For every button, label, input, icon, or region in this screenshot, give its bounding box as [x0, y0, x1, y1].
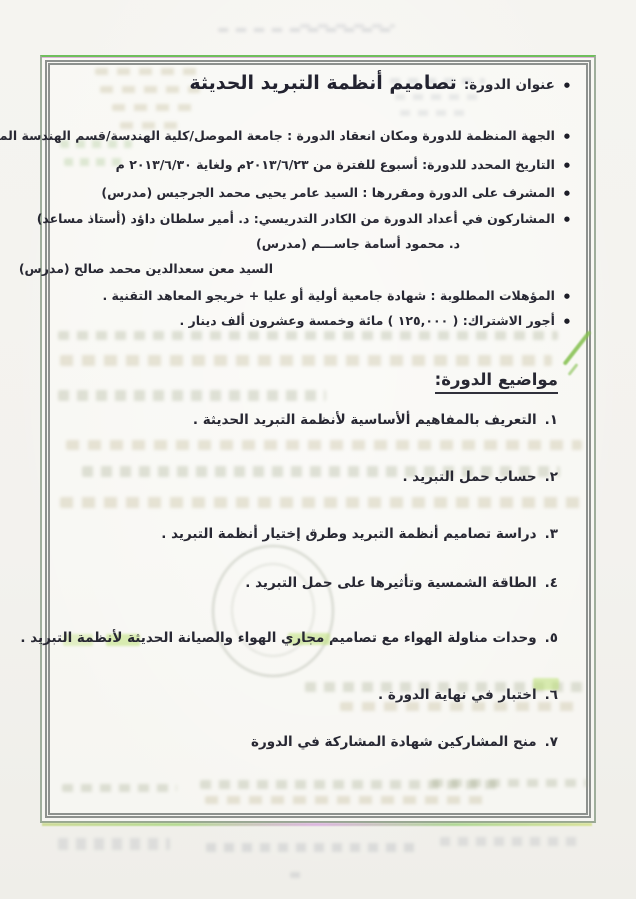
bleedthrough-smudge	[340, 702, 580, 711]
qualifications-text: المؤهلات المطلوبة : شهادة جامعية أولية أ…	[102, 288, 554, 303]
topic-item-1: ١.التعريف بالمفاهيم ألأساسية لأنظمة التب…	[193, 412, 558, 428]
topic-number: ٤.	[545, 575, 558, 591]
bleedthrough-smudge	[62, 784, 177, 792]
instructors-text: المشاركون في أعداد الدورة من الكادر التد…	[37, 211, 555, 226]
organizer-text: الجهة المنظمة للدورة ومكان انعقاد الدورة…	[0, 128, 555, 143]
topic-text: الطاقة الشمسية وتأثيرها على حمل التبريد …	[245, 575, 536, 591]
instructor-name: د. محمود أسامة جاســـم (مدرس)	[256, 236, 460, 251]
bullet-icon: ●	[564, 161, 570, 169]
topic-item-7: ٧.منح المشاركين شهادة المشاركة في الدورة	[251, 734, 558, 750]
instructor-continuation-1: د. محمود أسامة جاســـم (مدرس)	[256, 236, 460, 251]
instructor-name: السيد معن سعدالدين محمد صالح (مدرس)	[19, 261, 273, 276]
bleedthrough-smudge	[290, 872, 308, 878]
bullet-icon: ●	[564, 81, 570, 89]
topic-number: ٥.	[545, 630, 558, 646]
bleedthrough-smudge	[432, 779, 587, 787]
course-title-label: عنوان الدورة:	[464, 77, 555, 93]
topic-text: منح المشاركين شهادة المشاركة في الدورة	[251, 734, 537, 750]
bullet-icon: ●	[564, 292, 570, 300]
scan-artifact-line	[42, 57, 594, 58]
fees-text: أجور الاشتراك: ( ١٢٥,٠٠٠ ) مائة وخمسة وع…	[179, 313, 554, 328]
bleedthrough-smudge	[58, 838, 170, 850]
date-line: ●التاريخ المحدد للدورة: أسبوع للفترة من …	[116, 157, 570, 172]
topics-heading-text: مواضيع الدورة:	[435, 370, 558, 394]
bleedthrough-smudge	[60, 355, 552, 366]
qualifications-line: ●المؤهلات المطلوبة : شهادة جامعية أولية …	[102, 288, 570, 303]
bullet-icon: ●	[564, 132, 570, 140]
topic-item-6: ٦.اختبار في نهاية الدورة .	[378, 687, 558, 703]
bullet-icon: ●	[564, 215, 570, 223]
organizer-line: ●الجهة المنظمة للدورة ومكان انعقاد الدور…	[0, 128, 570, 143]
topic-item-2: ٢.حساب حمل التبريد .	[402, 469, 558, 485]
scan-artifact-line	[42, 823, 592, 826]
scanned-course-announcement-page: { "colors": { "frame_green": "#6fbe5c", …	[0, 0, 636, 899]
course-title-line: ●عنوان الدورة:تصاميم أنظمة التبريد الحدي…	[189, 72, 570, 94]
bullet-icon: ●	[564, 189, 570, 197]
topic-number: ٢.	[545, 469, 558, 485]
topic-text: وحدات مناولة الهواء مع تصاميم مجاري الهو…	[20, 630, 536, 646]
bleedthrough-smudge	[58, 390, 326, 401]
instructor-continuation-2: السيد معن سعدالدين محمد صالح (مدرس)	[19, 261, 273, 276]
bleedthrough-smudge	[206, 843, 418, 852]
bullet-icon: ●	[564, 317, 570, 325]
topic-number: ٣.	[545, 526, 558, 542]
instructors-line: ●المشاركون في أعداد الدورة من الكادر الت…	[37, 211, 570, 226]
topic-text: التعريف بالمفاهيم ألأساسية لأنظمة التبري…	[193, 412, 537, 428]
bleedthrough-smudge	[205, 796, 485, 804]
topic-text: اختبار في نهاية الدورة .	[378, 687, 537, 703]
bleedthrough-smudge	[60, 497, 580, 508]
topic-number: ٦.	[545, 687, 558, 703]
topic-number: ١.	[545, 412, 558, 428]
topic-item-5: ٥.وحدات مناولة الهواء مع تصاميم مجاري ال…	[20, 630, 558, 646]
supervisor-line: ●المشرف على الدورة ومقررها : السيد عامر …	[101, 185, 570, 200]
bleedthrough-smudge	[112, 104, 198, 111]
supervisor-text: المشرف على الدورة ومقررها : السيد عامر ي…	[101, 185, 555, 200]
bleedthrough-smudge	[100, 86, 200, 93]
topic-text: حساب حمل التبريد .	[402, 469, 536, 485]
date-text: التاريخ المحدد للدورة: أسبوع للفترة من ٢…	[116, 157, 555, 172]
bleedthrough-smudge	[440, 837, 582, 846]
bleedthrough-smudge	[400, 110, 470, 116]
handwriting-mark	[218, 28, 398, 32]
topic-text: دراسة تصاميم أنظمة التبريد وطرق إختيار أ…	[161, 526, 536, 542]
topic-number: ٧.	[545, 734, 558, 750]
topic-item-3: ٣.دراسة تصاميم أنظمة التبريد وطرق إختيار…	[161, 526, 558, 542]
topic-item-4: ٤.الطاقة الشمسية وتأثيرها على حمل التبري…	[245, 575, 558, 591]
fees-line: ●أجور الاشتراك: ( ١٢٥,٠٠٠ ) مائة وخمسة و…	[179, 313, 570, 328]
bleedthrough-smudge	[58, 331, 558, 340]
handwriting-mark	[300, 24, 395, 28]
topics-heading: مواضيع الدورة:	[435, 370, 558, 389]
bleedthrough-smudge	[66, 440, 582, 450]
bleedthrough-smudge	[395, 94, 480, 100]
course-title: تصاميم أنظمة التبريد الحديثة	[189, 72, 456, 94]
